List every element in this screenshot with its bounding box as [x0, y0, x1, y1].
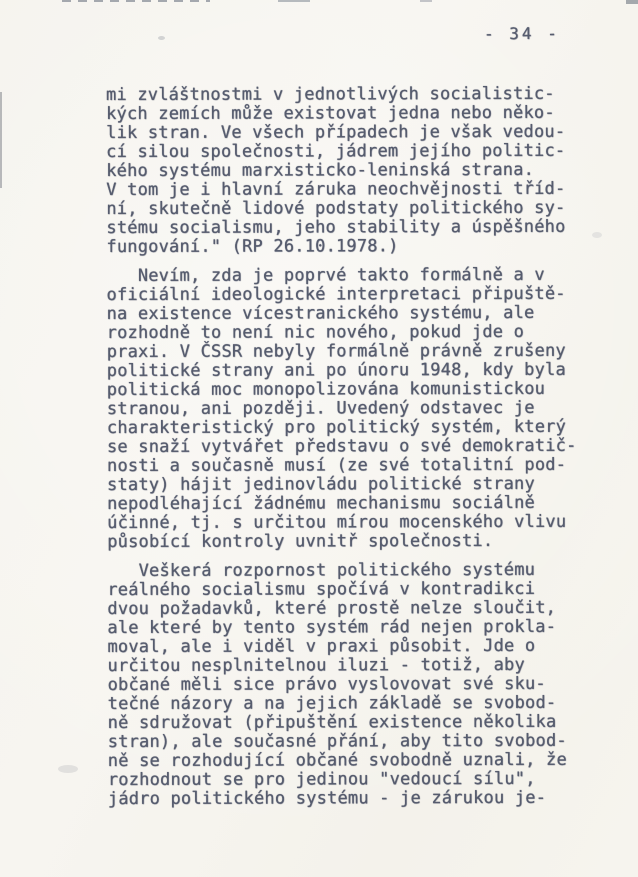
paragraph: mi zvláštnostmi v jednotlivých socialist…: [106, 85, 596, 257]
text-line: jádro politického systému - je zárukou j…: [108, 789, 598, 809]
text-line: fungování." (RP 26.10.1978.): [106, 237, 596, 257]
page-text: mi zvláštnostmi v jednotlivých socialist…: [106, 85, 598, 819]
scan-artifact: [58, 765, 78, 773]
scanned-page: - 34 - mi zvláštnostmi v jednotlivých so…: [0, 0, 638, 877]
paragraph: Nevím, zda je poprvé takto formálně a vo…: [106, 266, 597, 552]
paragraph: Veškerá rozpornost politického systémure…: [107, 561, 598, 809]
scan-artifact: [626, 0, 638, 4]
scan-artifact: [0, 92, 2, 188]
text-line: působící kontroly uvnitř společnosti.: [107, 532, 597, 552]
scan-artifact: [158, 36, 165, 40]
scan-artifact: [420, 0, 432, 2]
text-line: stému socialismu, jeho stability a úspěš…: [106, 218, 596, 238]
page-number: - 34 -: [484, 24, 560, 44]
scan-artifact: [278, 0, 310, 2]
scan-artifact: [62, 0, 210, 2]
text-line: účinné, tj. s určitou mírou mocenského v…: [107, 513, 597, 533]
